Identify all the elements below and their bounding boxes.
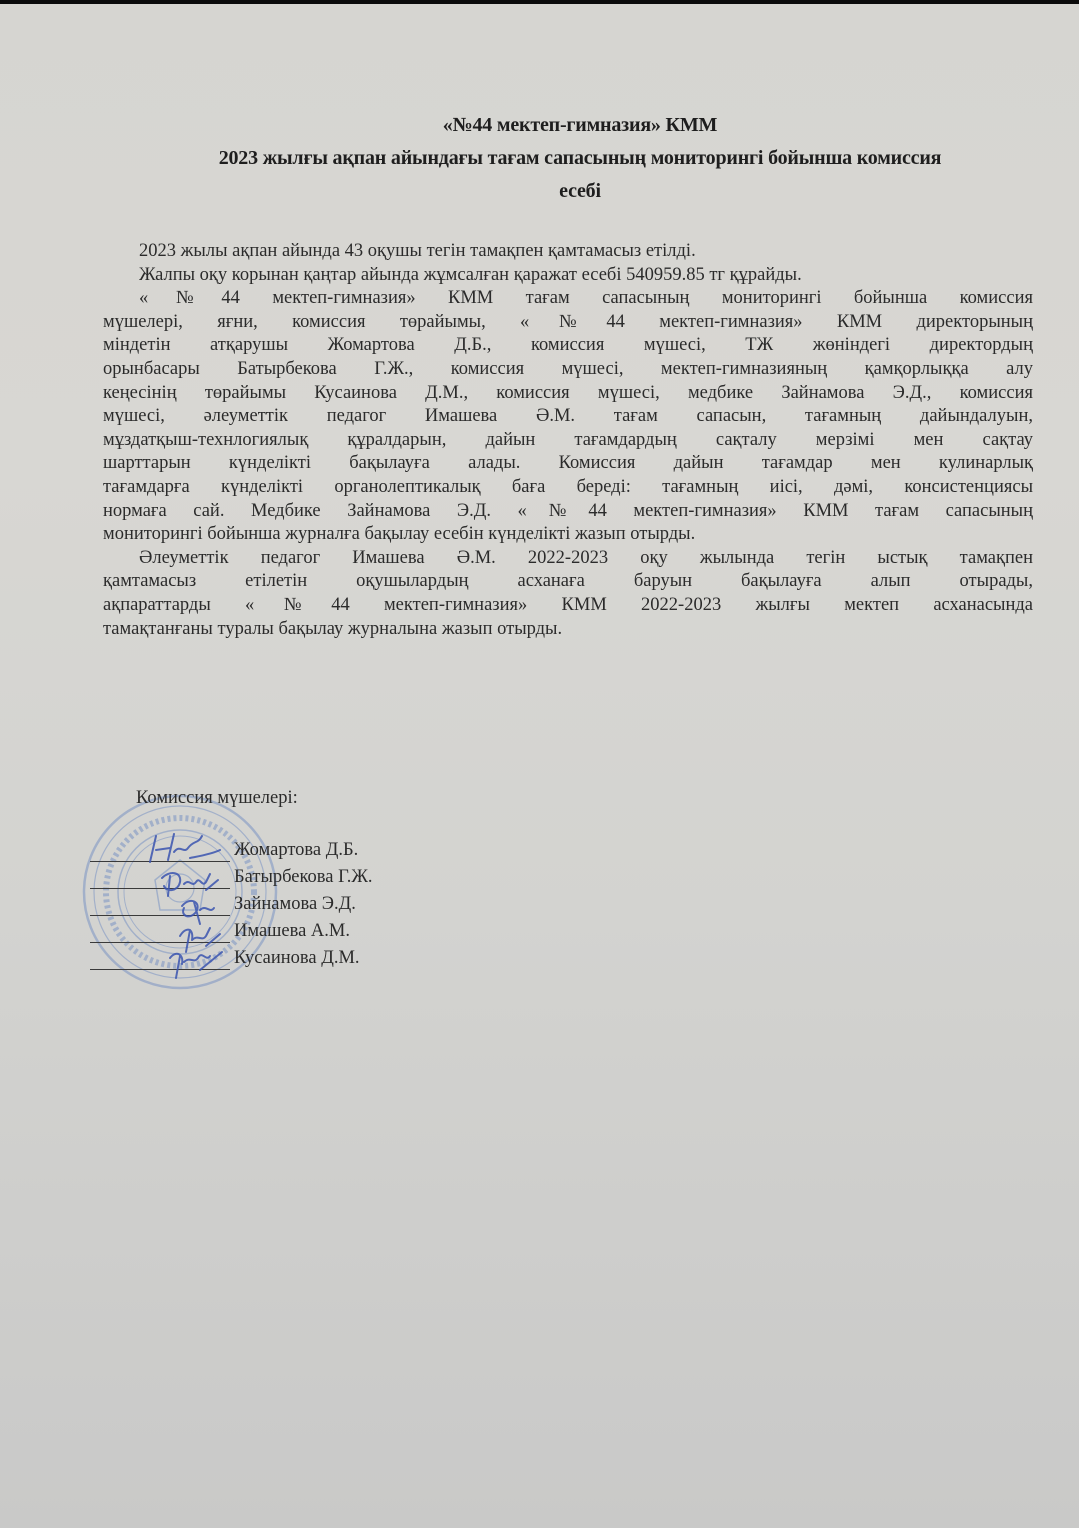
title-report-end: есебі: [130, 180, 1030, 203]
body-line: ақпараттарды «№44 мектеп-гимназия» КММ 2…: [103, 594, 1033, 618]
title-report-line: 2023 жылғы ақпан айындағы тағам сапасыны…: [130, 147, 1030, 170]
body-line: кеңесінің төрайымы Кусаинова Д.М., комис…: [103, 382, 1033, 406]
body-line-students: 2023 жылы ақпан айында 43 оқушы тегін та…: [103, 240, 1033, 264]
body-line: мүшелері, яғни, комиссия төрайымы, «№44 …: [103, 311, 1033, 335]
body-line: орынбасары Батырбекова Г.Ж., комиссия мү…: [103, 358, 1033, 382]
body-line: мониторингі бойынша журналға бақылау есе…: [103, 523, 1033, 547]
handwritten-signatures-icon: [140, 830, 250, 990]
body-line: мүшесі, әлеуметтік педагог Имашева Ә.М. …: [103, 405, 1033, 429]
body-line-funds: Жалпы оқу корынан қаңтар айында жұмсалға…: [103, 264, 1033, 288]
signatures-heading: Комиссия мүшелері:: [136, 788, 298, 809]
body-line: тамақтанғаны туралы бақылау журналына жа…: [103, 618, 1033, 642]
body-line: мұздатқыш-технлогиялық құралдарын, дайын…: [103, 429, 1033, 453]
body-line: «№44 мектеп-гимназия» КММ тағам сапасыны…: [103, 287, 1033, 311]
member-name: Имашева А.М.: [234, 921, 350, 942]
body-line: нормаға сай. Медбике Зайнамова Э.Д. «№44…: [103, 500, 1033, 524]
body-line: міндетін атқарушы Жомартова Д.Б., комисс…: [103, 334, 1033, 358]
member-name: Кусаинова Д.М.: [234, 948, 360, 969]
body-line: Әлеуметтік педагог Имашева Ә.М. 2022-202…: [103, 547, 1033, 571]
member-name: Зайнамова Э.Д.: [234, 894, 356, 915]
body-line: қамтамасыз етілетін оқушылардың асханаға…: [103, 570, 1033, 594]
body-line: тағамдарға күнделікті органолептикалық б…: [103, 476, 1033, 500]
member-name: Жомартова Д.Б.: [234, 840, 358, 861]
document-page: «№44 мектеп-гимназия» КММ 2023 жылғы ақп…: [0, 0, 1079, 1528]
body-line: шарттарын күнделікті бақылауға алады. Ко…: [103, 452, 1033, 476]
report-body: 2023 жылы ақпан айында 43 оқушы тегін та…: [103, 240, 1033, 641]
title-organization: «№44 мектеп-гимназия» КММ: [130, 114, 1030, 137]
signature-block: Комиссия мүшелері: Жомартова Д.Б. Батырб…: [60, 780, 480, 1000]
member-name: Батырбекова Г.Ж.: [234, 867, 373, 888]
